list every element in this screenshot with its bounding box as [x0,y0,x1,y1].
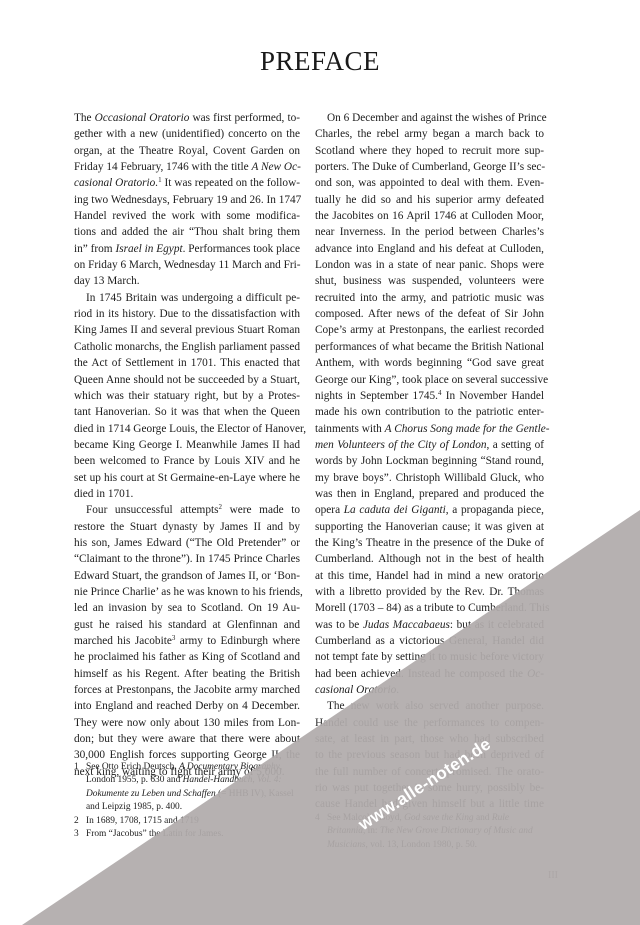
text-line: organ, at the Theatre Royal, Covent Gard… [74,143,300,159]
text-line: supporting the Hanoverian cause; it was … [315,519,544,535]
paragraph-britain-1745: In 1745 Britain was undergoing a difficu… [74,290,300,502]
footnote-text: See Otto Erich Deutsch, A Documentary Bi… [86,761,300,815]
text-run: , a propaganda piece, [446,504,544,516]
text-line: became King George I. Meanwhile James II… [74,437,300,453]
text-line: casional Oratorio. [315,682,544,698]
text-run: had been achieved. Instead he composed t… [315,668,527,680]
text-line: my brave boys”. Christoph Willibald Gluc… [315,470,544,486]
left-column: The Occasional Oratorio was first perfor… [74,110,300,780]
text-run: , a setting of [487,439,545,451]
text-line: don; but they were aware that there were… [74,731,300,747]
paragraph-first-performance: The Occasional Oratorio was first perfor… [74,110,300,290]
text-run: was to be [315,619,363,631]
text-run: opera [315,504,344,516]
text-run: tainments with [315,423,385,435]
text-run: Friday 14 February, 1746 with the title [74,161,251,173]
text-run: , vol. 13, London 1980, p. 50. [366,840,477,850]
text-run: It was repeated on the follow- [162,177,300,189]
text-run: The [74,112,95,124]
text-line: to the previous season but had been depr… [315,747,544,763]
text-line: himself as his Regent. After beating the… [74,666,300,682]
page-number: III [548,870,558,881]
text-run: Four unsuccessful attempts [86,504,219,516]
text-line: Scotland where they hoped to recruit mor… [315,143,544,159]
text-line: not tempt fate by setting it to music be… [315,649,544,665]
text-line: Four unsuccessful attempts2 were made to [74,502,300,518]
text-line: casional Oratorio.1 It was repeated on t… [74,175,300,191]
text-line: had been achieved. Instead he composed t… [315,666,544,682]
text-run: were made to [222,504,300,516]
text-line: opera La caduta dei Giganti, a propagand… [315,502,544,518]
text-run: : but as it celebrated [450,619,544,631]
work-title: casional Oratorio. [74,177,158,189]
text-line: Cumberland. Although not in the best of … [315,551,544,567]
text-line: Handel could use the performances to com… [315,715,544,731]
text-run: marched his Jacobite [74,635,172,647]
text-line: Cope’s army at Prestonpans, the earliest… [315,322,544,338]
text-run: and [474,813,492,823]
text-run: was first performed, to- [189,112,300,124]
text-line: “Claimant to the throne”). In 1745 Princ… [74,551,300,567]
text-run: See Otto Erich Deutsch, [86,762,179,772]
text-line: the Act of Settlement in 1701. This enac… [74,355,300,371]
text-line: Friday 14 February, 1746 with the title … [74,159,300,175]
right-column: On 6 December and against the wishes of … [315,110,544,813]
page-title: PREFACE [0,46,640,77]
text-line: with a libretto provided by the Rev. Dr.… [315,584,544,600]
text-line: Handel revived the work with some modifi… [74,208,300,224]
text-run: in” from [74,243,115,255]
text-line: men Volunteers of the City of London, a … [315,437,544,453]
text-line: words by John Lockman beginning “Stand r… [315,453,544,469]
work-title: A New Oc- [251,161,300,173]
work-title: God save the King [404,813,474,823]
work-title: Israel in Egypt [115,243,182,255]
text-line: set up his court at St Germaine-en-Laye … [74,470,300,486]
text-line: died in 1714 George Louis, the Elector o… [74,421,300,437]
footnote-number: 3 [74,828,86,841]
text-run: army to Edinburgh where [175,635,300,647]
text-line: shut, business was suspended, volunteers… [315,273,544,289]
text-line: performances of what became the British … [315,339,544,355]
text-line: King James II and several previous Stuar… [74,322,300,338]
text-line: The new work also served another purpose… [315,698,544,714]
text-line: George our King”, took place on several … [315,372,544,388]
text-line: London was in a state of near panic. Sho… [315,257,544,273]
text-line: on Friday 6 March, Wednesday 11 March an… [74,257,300,273]
text-line: nights in September 1745.4 In November H… [315,388,544,404]
text-line: been welcomed to France by Louis XIV and… [74,453,300,469]
paragraph-new-work-purpose: The new work also served another purpose… [315,698,544,812]
text-line: gether with a new (unidentified) concert… [74,126,300,142]
work-title: Occasional Oratorio [95,112,190,124]
text-line: into England and reached Derby on 4 Dece… [74,698,300,714]
text-line: sate, at least in part, those who had su… [315,731,544,747]
text-run: nights in September 1745. [315,390,438,402]
text-line: Anthem, with words beginning “God save g… [315,355,544,371]
text-line: Queen Anne should not be succeeded by a … [74,372,300,388]
footnote-number: 2 [74,815,86,828]
text-run: In November Handel [441,390,544,402]
text-line: tainments with A Chorus Song made for th… [315,421,544,437]
footnote-2: 2 In 1689, 1708, 1715 and 1719 [74,815,300,828]
text-line: day 13 March. [74,273,300,289]
text-line: marched his Jacobite3 army to Edinburgh … [74,633,300,649]
text-line: led an invasion by sea to Scotland. On 1… [74,600,300,616]
footnotes-right: 4 See Malcolm Boyd, God save the King an… [315,812,544,852]
text-line: ing two Wednesdays, February 19 and 26. … [74,192,300,208]
text-line: tually he did so and his superior army d… [315,192,544,208]
text-line: advance into England and his defeat at C… [315,241,544,257]
work-title: men Volunteers of the City of London [315,439,487,451]
text-line: On 6 December and against the wishes of … [315,110,544,126]
work-title: A Chorus Song made for the Gentle- [385,423,550,435]
text-run: . Performances took place [183,243,300,255]
text-line: Cumberland as a victorious General, Hand… [315,633,544,649]
work-title: A Documentary Biography [179,762,280,772]
text-line: In 1745 Britain was undergoing a difficu… [74,290,300,306]
text-line: near Inverness. In the period between Ch… [315,224,544,240]
footnote-3: 3 From “Jacobus” the Latin for James. [74,828,300,841]
text-line: was to be Judas Maccabaeus: but as it ce… [315,617,544,633]
text-line: at this time, Handel had in mind a new o… [315,568,544,584]
footnote-4: 4 See Malcolm Boyd, God save the King an… [315,812,544,852]
text-line: tions and added the air “Thou shalt brin… [74,224,300,240]
text-line: The Occasional Oratorio was first perfor… [74,110,300,126]
footnote-text: In 1689, 1708, 1715 and 1719 [86,815,300,828]
text-line: tant Hanoverian. So it was that when the… [74,404,300,420]
text-run: . [396,684,399,696]
work-title: casional Oratorio [315,684,396,696]
text-line: his son, James Edward (“The Old Pretende… [74,535,300,551]
text-line: Charles, the rebel army began a march ba… [315,126,544,142]
text-line: ond son, was appointed to deal with them… [315,175,544,191]
text-line: which was their statuary right, but by a… [74,388,300,404]
text-line: was then in England, prepared and produc… [315,486,544,502]
text-line: in” from Israel in Egypt. Performances t… [74,241,300,257]
text-line: gust he raised his standard at Glenfinna… [74,617,300,633]
text-line: cause Handel had given himself but a lit… [315,796,544,812]
text-line: Morell (1703 – 84) as a tribute to Cumbe… [315,600,544,616]
work-title: Oc- [527,668,544,680]
text-line: Edward Stuart, the grandson of James II,… [74,568,300,584]
work-title: La caduta dei Giganti [344,504,446,516]
work-title: Judas Maccabaeus [363,619,450,631]
text-line: Catholic monarchs, the English parliamen… [74,339,300,355]
footnote-number: 4 [315,812,327,852]
text-line: made his own contribution to the patriot… [315,404,544,420]
footnote-number: 1 [74,761,86,815]
text-line: They were now only about 130 miles from … [74,715,300,731]
text-line: nie Prince Charlie’ as he was known to h… [74,584,300,600]
text-line: he proclaimed his father as King of Scot… [74,649,300,665]
text-line: recruited into the army, and patriotic m… [315,290,544,306]
text-line: the King’s Theatre in the presence of th… [315,535,544,551]
text-line: died in 1701. [74,486,300,502]
paragraph-cumberland: On 6 December and against the wishes of … [315,110,544,698]
paragraph-stuart-attempts: Four unsuccessful attempts2 were made to… [74,502,300,780]
text-line: riod in its history. Due to the dissatis… [74,306,300,322]
footnote-1: 1 See Otto Erich Deutsch, A Documentary … [74,761,300,815]
text-line: forces at Prestonpans, the Jacobite army… [74,682,300,698]
text-line: porters. The Duke of Cumberland, George … [315,159,544,175]
text-line: restore the Stuart dynasty by James II a… [74,519,300,535]
footnote-text: From “Jacobus” the Latin for James. [86,828,300,841]
text-line: composed. After news of the defeat of Si… [315,306,544,322]
footnotes-left: 1 See Otto Erich Deutsch, A Documentary … [74,761,300,841]
text-line: the Jacobites on 16 April 1746 at Cullod… [315,208,544,224]
